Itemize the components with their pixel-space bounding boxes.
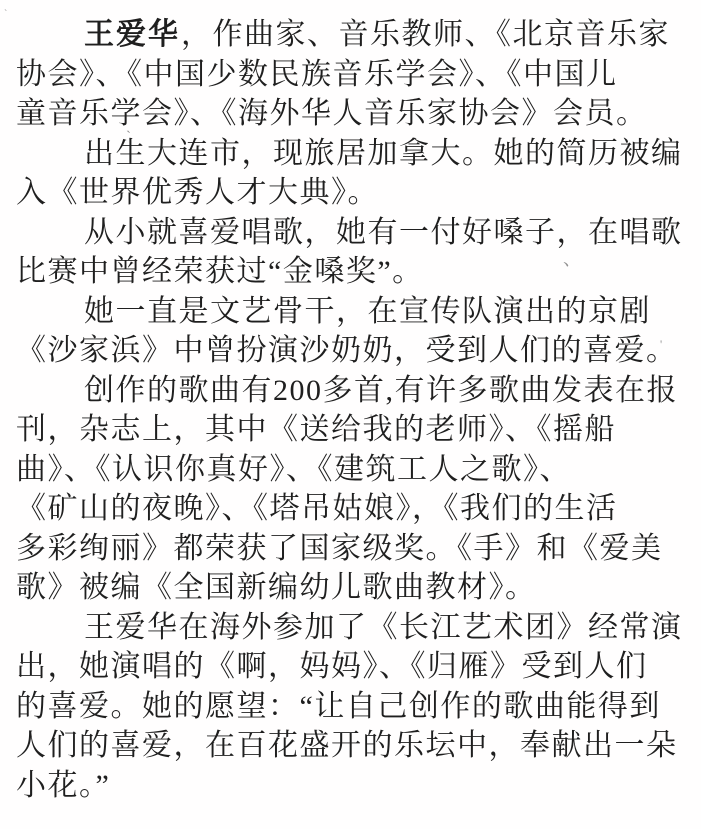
text-line: 曲》、《认识你真好》、《建筑工人之歌》、 xyxy=(16,450,691,490)
text-line: 《沙家浜》中曾扮演沙奶奶，受到人们的喜爱。 xyxy=(16,331,691,371)
text-line: 入《世界优秀人才大典》。 xyxy=(16,173,691,213)
text-line: 王爱华在海外参加了《长江艺术团》经常演 xyxy=(16,608,691,648)
text-line: 她一直是文艺骨干，在宣传队演出的京剧 xyxy=(16,292,691,332)
paragraph-opera: 她一直是文艺骨干，在宣传队演出的京剧 《沙家浜》中曾扮演沙奶奶，受到人们的喜爱。 xyxy=(16,292,691,371)
paragraph-compositions: 创作的歌曲有200多首,有许多歌曲发表在报 刊，杂志上，其中《送给我的老师》、《… xyxy=(16,371,691,608)
paragraph-singing: 从小就喜爱唱歌，她有一付好嗓子，在唱歌 比赛中曾经荣获过“金嗓奖”。 xyxy=(16,213,691,292)
paragraph-memberships: 王爱华，作曲家、音乐教师、《北京音乐家 协会》、《中国少数民族音乐学会》、《中国… xyxy=(16,15,691,134)
text-line: 比赛中曾经荣获过“金嗓奖”。 xyxy=(16,252,691,292)
scanned-document-page: 王爱华，作曲家、音乐教师、《北京音乐家 协会》、《中国少数民族音乐学会》、《中国… xyxy=(0,0,701,829)
text-line: 刊，杂志上，其中《送给我的老师》、《摇船 xyxy=(16,410,691,450)
paragraph-birthplace: 出生大连市，现旅居加拿大。她的简历被编 入《世界优秀人才大典》。 xyxy=(16,134,691,213)
text-line: 童音乐学会》、《海外华人音乐家协会》会员。 xyxy=(16,94,691,134)
scan-noise-mark: ` xyxy=(4,10,7,20)
text-line: 从小就喜爱唱歌，她有一付好嗓子，在唱歌 xyxy=(16,213,691,253)
text-line: 《矿山的夜晚》、《塔吊姑娘》，《我们的生活 xyxy=(16,489,691,529)
text-line: 出生大连市，现旅居加拿大。她的简历被编 xyxy=(16,134,691,174)
text-line: 小花。” xyxy=(16,766,691,806)
text-line: 人们的喜爱，在百花盛开的乐坛中，奉献出一朵 xyxy=(16,726,691,766)
text-line: 歌》被编《全国新编幼儿歌曲教材》。 xyxy=(16,568,691,608)
text-line: 创作的歌曲有200多首,有许多歌曲发表在报 xyxy=(16,371,691,411)
author-name: 王爱华 xyxy=(84,18,180,51)
text-line: 出，她演唱的《啊，妈妈》、《归雁》受到人们 xyxy=(16,647,691,687)
text-line: 的喜爱。她的愿望：“让自己创作的歌曲能得到 xyxy=(16,687,691,727)
text-line: 多彩绚丽》都荣获了国家级奖。《手》和《爱美 xyxy=(16,529,691,569)
text-run: ，作曲家、音乐教师、《北京音乐家 xyxy=(181,18,670,51)
paragraph-overseas: 王爱华在海外参加了《长江艺术团》经常演 出，她演唱的《啊，妈妈》、《归雁》受到人… xyxy=(16,608,691,806)
text-line: 协会》、《中国少数民族音乐学会》、《中国儿 xyxy=(16,55,691,95)
text-line: 王爱华，作曲家、音乐教师、《北京音乐家 xyxy=(16,15,691,55)
